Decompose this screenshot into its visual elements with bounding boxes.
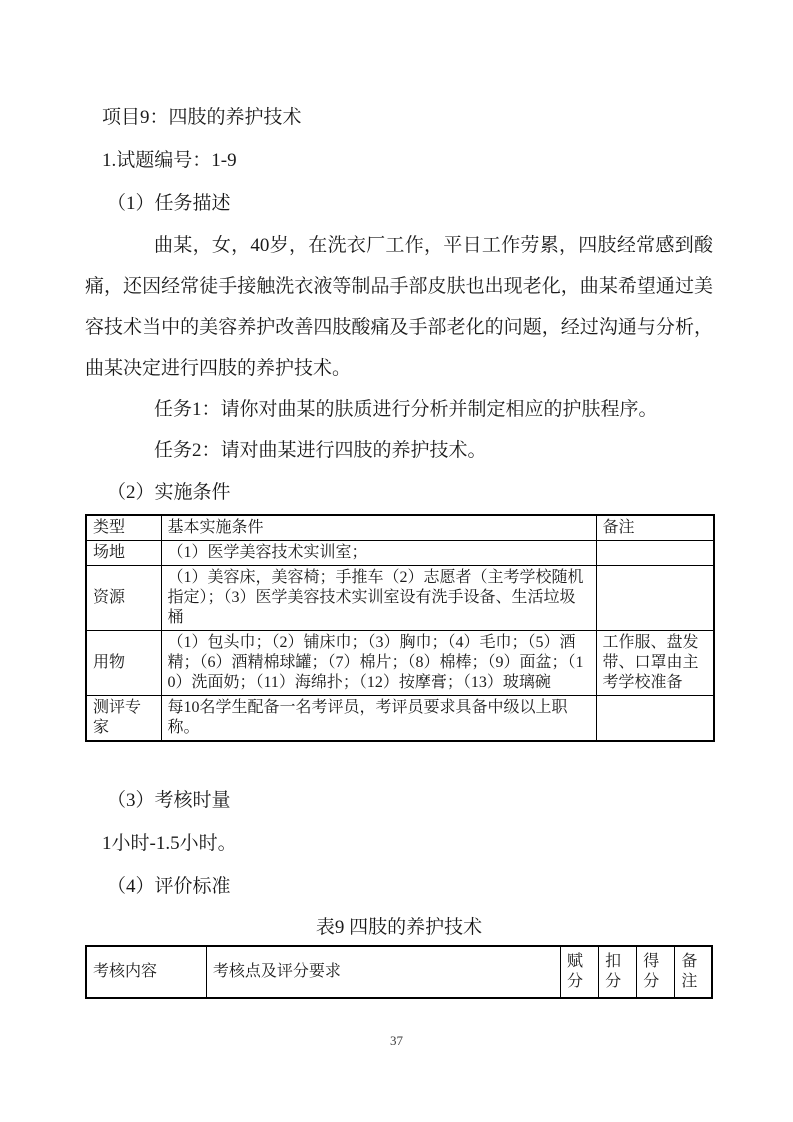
vertical-spacer [85,742,713,779]
col-header-note: 备注 [596,515,714,541]
evaluation-standard-table: 考核内容 考核点及评分要求 赋分 扣分 得分 备注 [85,945,713,999]
duration-line: 1小时-1.5小时。 [85,822,713,865]
conditions-header-row: 类型 基本实施条件 备注 [86,515,714,541]
document-page: 项目9：四肢的养护技术 1.试题编号：1-9 （1）任务描述 曲某，女，40岁，… [0,0,793,1122]
project-title: 项目9：四肢的养护技术 [85,96,713,139]
table-row: 资源 （1）美容床，美容椅；手推车（2）志愿者（主考学校随机指定）；（3）医学美… [86,566,714,631]
row-type-cell: 测评专家 [86,696,161,742]
row-condition-cell: （1）美容床，美容椅；手推车（2）志愿者（主考学校随机指定）；（3）医学美容技术… [161,566,596,631]
row-condition-cell: （1）医学美容技术实训室； [161,541,596,566]
table-row: 场地 （1）医学美容技术实训室； [86,541,714,566]
page-number: 37 [0,1033,793,1049]
col-header-gained-score: 得分 [637,946,675,998]
implementation-conditions-table: 类型 基本实施条件 备注 场地 （1）医学美容技术实训室； 资源 （1）美容床，… [85,514,715,742]
section3-heading: （3）考核时量 [85,779,713,822]
section2-heading: （2）实施条件 [85,471,713,514]
row-condition-cell: 每10名学生配备一名考评员，考评员要求具备中级以上职称。 [161,696,596,742]
task2-line: 任务2：请对曲某进行四肢的养护技术。 [85,430,713,471]
table-row: 用物 （1）包头巾；（2）铺床巾；（3）胸巾；（4）毛巾；（5）酒精；（6）酒精… [86,631,714,696]
row-type-cell: 资源 [86,566,161,631]
row-note-cell [596,696,714,742]
col-header-content: 考核内容 [86,946,206,998]
table9-caption: 表9 四肢的养护技术 [85,911,713,945]
row-condition-cell: （1）包头巾；（2）铺床巾；（3）胸巾；（4）毛巾；（5）酒精；（6）酒精棉球罐… [161,631,596,696]
col-header-type: 类型 [86,515,161,541]
section4-heading: （4）评价标准 [85,865,713,908]
row-note-cell [596,566,714,631]
table-row: 测评专家 每10名学生配备一名考评员，考评员要求具备中级以上职称。 [86,696,714,742]
page-content: 项目9：四肢的养护技术 1.试题编号：1-9 （1）任务描述 曲某，女，40岁，… [85,96,713,999]
col-header-points: 考核点及评分要求 [206,946,560,998]
evaluation-header-row: 考核内容 考核点及评分要求 赋分 扣分 得分 备注 [86,946,712,998]
question-number: 1.试题编号：1-9 [85,139,713,182]
task1-line: 任务1：请你对曲某的肤质进行分析并制定相应的护肤程序。 [85,389,713,430]
row-note-cell: 工作服、盘发带、口罩由主考学校准备 [596,631,714,696]
row-type-cell: 用物 [86,631,161,696]
section1-heading: （1）任务描述 [85,182,713,225]
row-type-cell: 场地 [86,541,161,566]
col-header-condition: 基本实施条件 [161,515,596,541]
col-header-deducted-score: 扣分 [599,946,637,998]
col-header-note: 备注 [675,946,712,998]
row-note-cell [596,541,714,566]
col-header-assigned-score: 赋分 [561,946,599,998]
task-description-paragraph: 曲某，女，40岁，在洗衣厂工作，平日工作劳累，四肢经常感到酸痛，还因经常徒手接触… [85,225,713,389]
